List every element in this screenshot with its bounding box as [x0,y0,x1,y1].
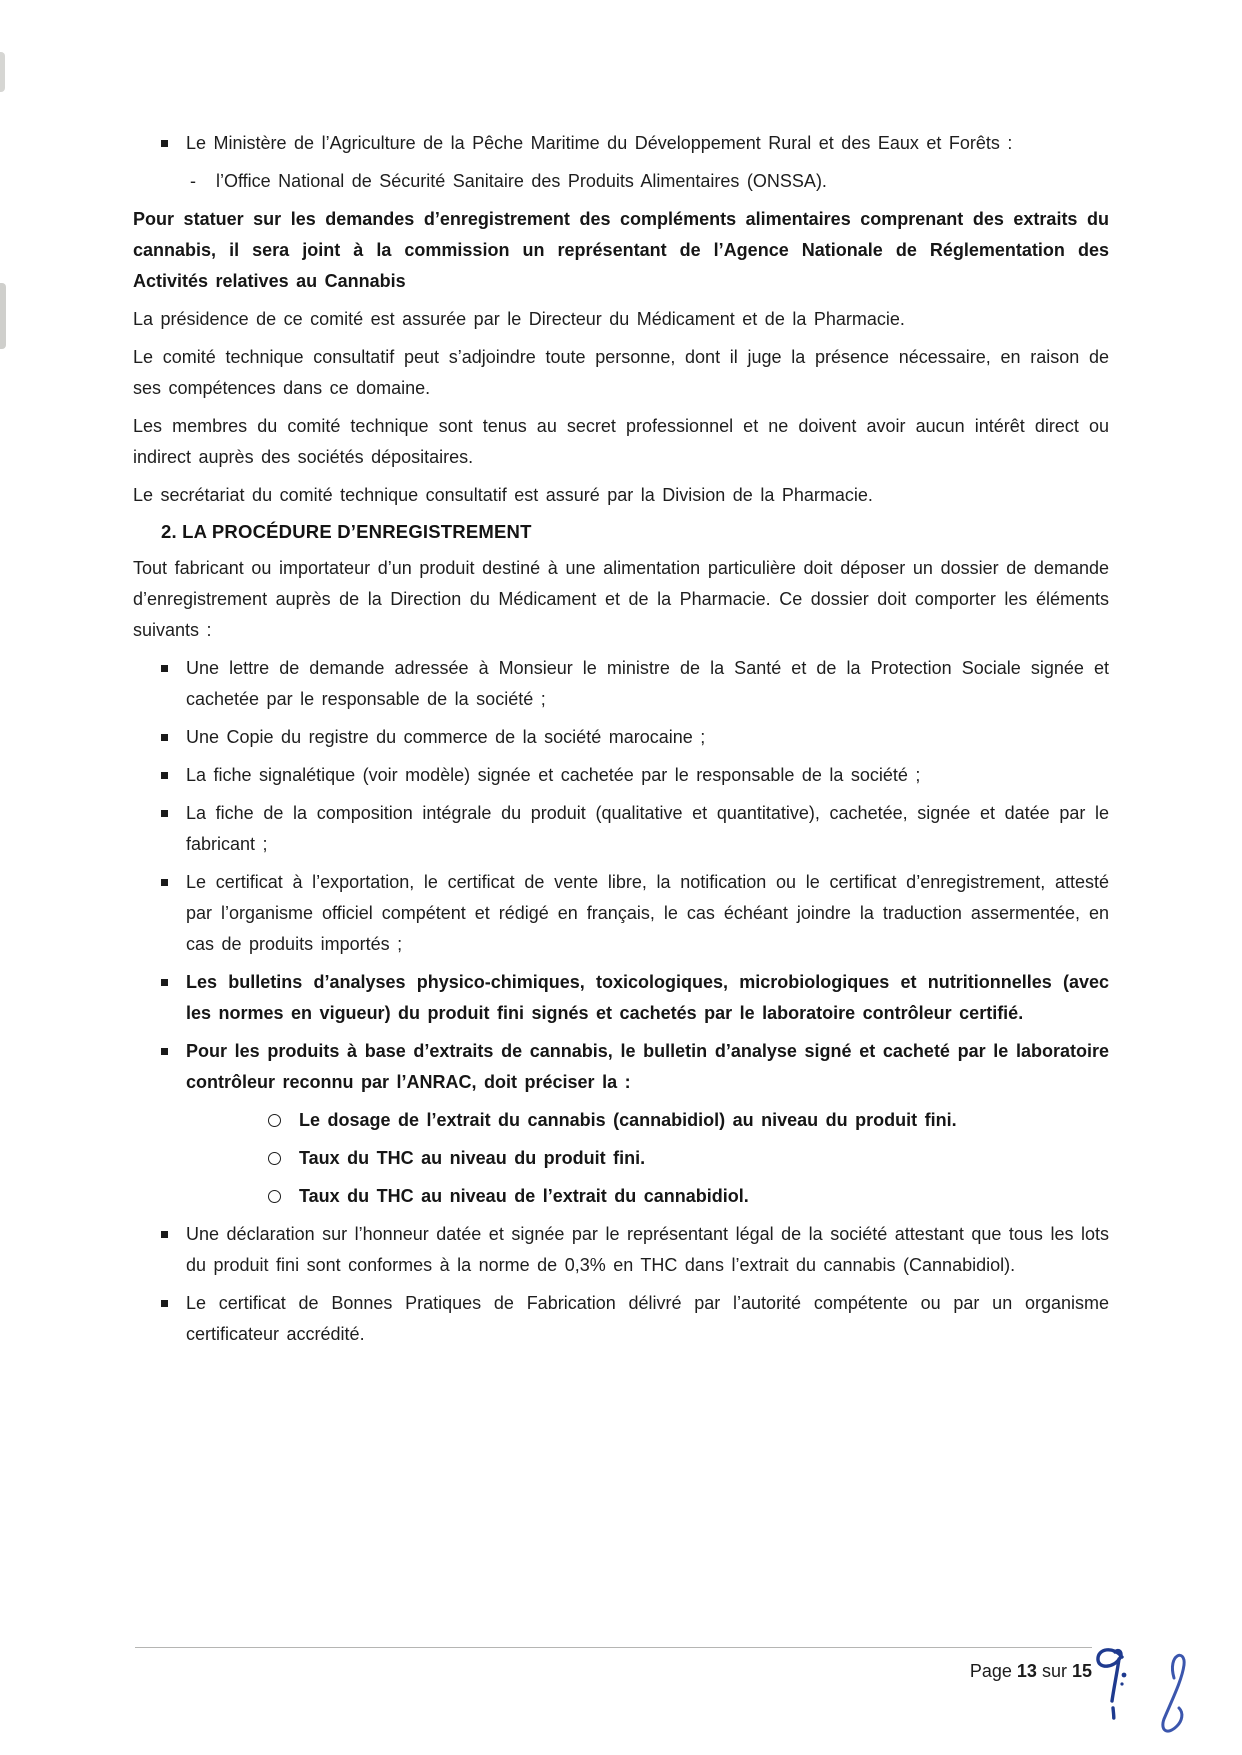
list-item: Pour les produits à base d’extraits de c… [133,1036,1109,1098]
document-body: Le Ministère de l’Agriculture de la Pêch… [133,128,1109,1357]
paragraph: Le comité technique consultatif peut s’a… [133,342,1109,404]
list-item-text: Une déclaration sur l’honneur datée et s… [186,1219,1109,1281]
paragraph: Le secrétariat du comité technique consu… [133,480,1109,511]
signature-stroke-left [1098,1650,1122,1718]
list-item-text: l’Office National de Sécurité Sanitaire … [216,166,1109,197]
square-bullet-icon [161,1048,168,1055]
square-bullet-icon [161,979,168,986]
list-item-text: Le certificat à l’exportation, le certif… [186,867,1109,960]
circle-bullet-icon [268,1114,281,1127]
list-item-text: La fiche signalétique (voir modèle) sign… [186,760,1109,791]
list-item-text: Le dosage de l’extrait du cannabis (cann… [299,1105,1109,1136]
list-item-text: Une lettre de demande adressée à Monsieu… [186,653,1109,715]
list-item-text: Le Ministère de l’Agriculture de la Pêch… [186,128,1109,159]
paragraph: La présidence de ce comité est assurée p… [133,304,1109,335]
square-bullet-icon [161,734,168,741]
list-item-text: Les bulletins d’analyses physico-chimiqu… [186,967,1109,1029]
list-sub-item: Taux du THC au niveau du produit fini. [133,1143,1109,1174]
current-page: 13 [1017,1656,1037,1686]
list-item: La fiche de la composition intégrale du … [133,798,1109,860]
signature-dot [1120,1682,1123,1685]
square-bullet-icon [161,1300,168,1307]
list-item: Une déclaration sur l’honneur datée et s… [133,1219,1109,1281]
scan-artifact [0,283,6,349]
square-bullet-icon [161,140,168,147]
page-separator: sur [1042,1656,1067,1686]
list-item-text: Taux du THC au niveau du produit fini. [299,1143,1109,1174]
signature-dot [1122,1673,1127,1678]
footer-divider [135,1647,1092,1648]
page-number: Page 13 sur 15 [133,1656,1092,1686]
list-item: Le Ministère de l’Agriculture de la Pêch… [133,128,1109,159]
page-label: Page [970,1656,1012,1686]
list-item: Le certificat de Bonnes Pratiques de Fab… [133,1288,1109,1350]
document-page: Le Ministère de l’Agriculture de la Pêch… [0,0,1242,1755]
list-sub-item: Taux du THC au niveau de l’extrait du ca… [133,1181,1109,1212]
list-item-text: La fiche de la composition intégrale du … [186,798,1109,860]
dash-bullet-icon: - [190,166,204,197]
list-item: Une Copie du registre du commerce de la … [133,722,1109,753]
circle-bullet-icon [268,1190,281,1203]
square-bullet-icon [161,665,168,672]
list-item: Les bulletins d’analyses physico-chimiqu… [133,967,1109,1029]
section-heading: 2. LA PROCÉDURE D’ENREGISTREMENT [161,521,1109,543]
list-sub-item: - l’Office National de Sécurité Sanitair… [133,166,1109,197]
circle-bullet-icon [268,1152,281,1165]
signature-stroke-right [1163,1655,1184,1731]
square-bullet-icon [161,879,168,886]
list-item: La fiche signalétique (voir modèle) sign… [133,760,1109,791]
list-item-text: Pour les produits à base d’extraits de c… [186,1036,1109,1098]
list-item-text: Taux du THC au niveau de l’extrait du ca… [299,1181,1109,1212]
scan-artifact [0,52,5,92]
paragraph: Les membres du comité technique sont ten… [133,411,1109,473]
list-item-text: Le certificat de Bonnes Pratiques de Fab… [186,1288,1109,1350]
square-bullet-icon [161,810,168,817]
list-sub-item: Le dosage de l’extrait du cannabis (cann… [133,1105,1109,1136]
square-bullet-icon [161,772,168,779]
paragraph: Pour statuer sur les demandes d’enregist… [133,204,1109,297]
paragraph: Tout fabricant ou importateur d’un produ… [133,553,1109,646]
list-item: Le certificat à l’exportation, le certif… [133,867,1109,960]
square-bullet-icon [161,1231,168,1238]
list-item: Une lettre de demande adressée à Monsieu… [133,653,1109,715]
signature-ink [1078,1642,1218,1755]
list-item-text: Une Copie du registre du commerce de la … [186,722,1109,753]
